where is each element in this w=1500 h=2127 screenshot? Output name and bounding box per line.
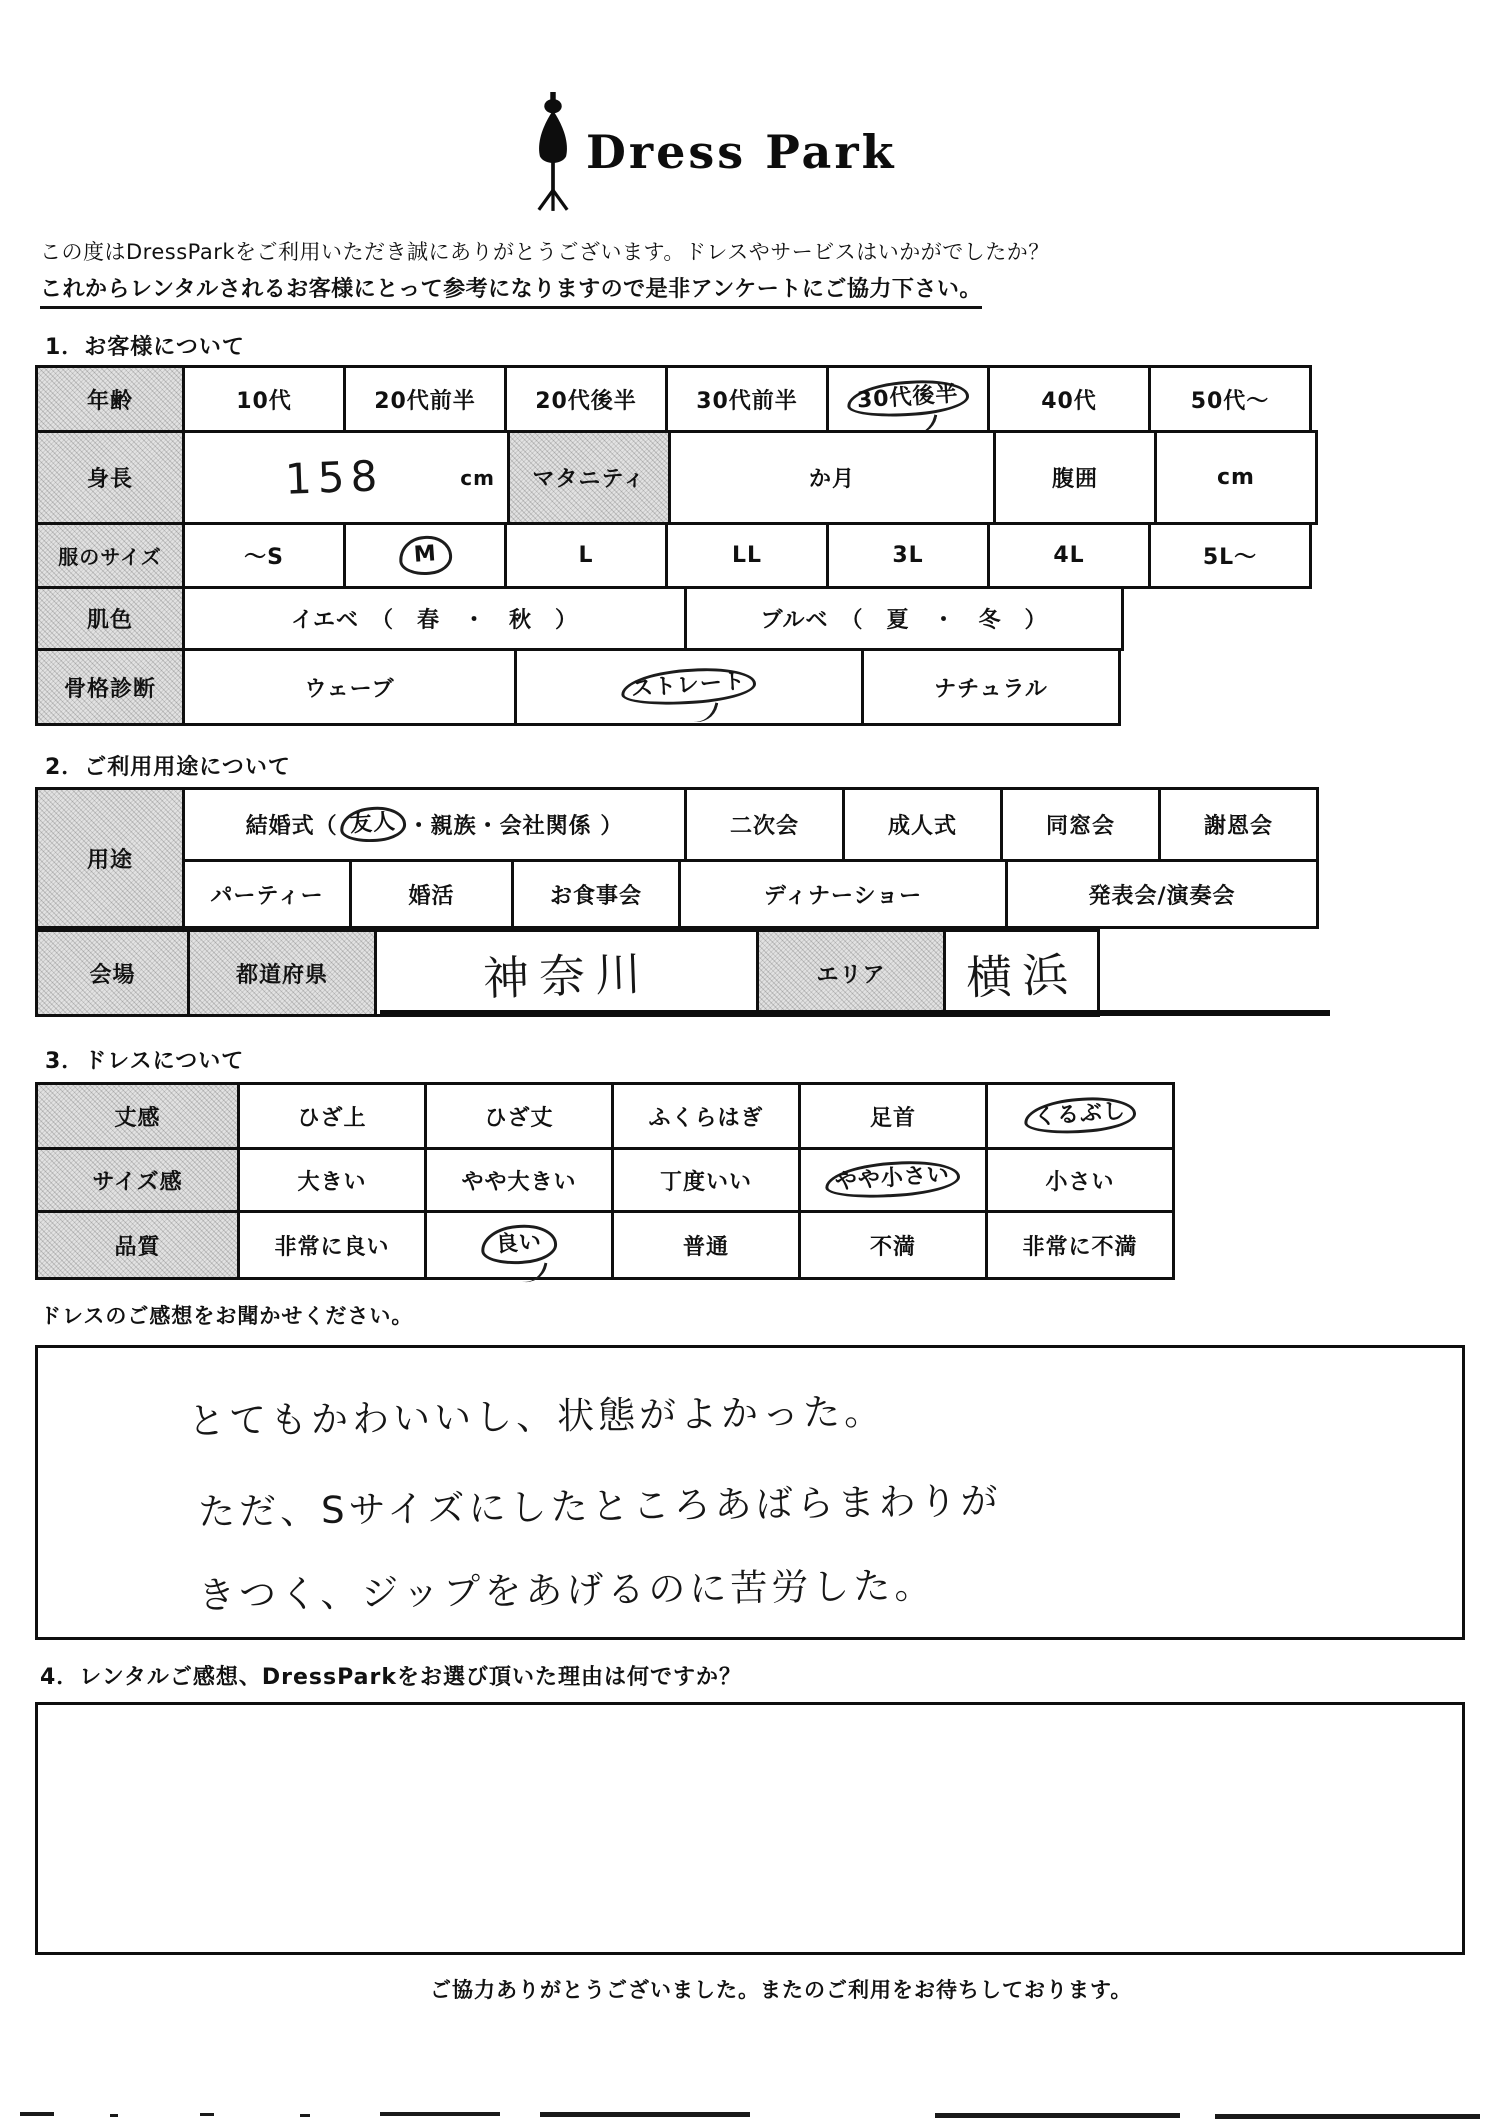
age-option-late30s-selected: 30代後半 (826, 365, 990, 433)
scan-artifact-dash (200, 2113, 214, 2116)
waist-label-cell: 腹囲 (993, 430, 1157, 525)
skin-option-blue-base: ブルベ （ 夏 ・ 冬 ） (684, 586, 1124, 651)
waist-unit-cell: cm (1154, 430, 1318, 525)
purpose-option-recital: 発表会/演奏会 (1005, 859, 1319, 929)
closing-thanks-text: ご協力ありがとうございました。またのご利用をお待ちしております。 (430, 1974, 1132, 2004)
size-option-ll: LL (665, 522, 829, 589)
frame-option-natural: ナチュラル (861, 648, 1121, 726)
hand-circle-mark: ストレート (620, 665, 757, 710)
purpose-block: 用途 結婚式（ 友人 ・親族・会社関係 ） 二次会 成人式 同窓会 謝恩会 パー… (35, 787, 1319, 929)
fit-option-slightly-small-selected: やや小さい (798, 1147, 988, 1213)
fit-option-just-right: 丁度いい (611, 1147, 801, 1213)
maternity-label-cell: マタニティ (507, 430, 671, 525)
height-row: 身長 158 cm マタニティ か月 腹囲 cm (35, 430, 1318, 525)
age-option-10s: 10代 (182, 365, 346, 433)
dress-form-icon (530, 92, 576, 212)
wedding-suffix: ・親族・会社関係 ） (408, 809, 624, 840)
area-value-cell: 横浜 (943, 929, 1100, 1017)
purpose-option-dinner-show: ディナーショー (678, 859, 1008, 929)
venue-label-cell: 会場 (35, 929, 190, 1017)
fit-option-big: 大きい (237, 1147, 427, 1213)
size-option-3l: 3L (826, 522, 990, 589)
length-label-cell: 丈感 (35, 1082, 240, 1150)
reason-box-empty (35, 1702, 1465, 1955)
brand-logo: Dress Park (530, 92, 896, 212)
age-option-late20s: 20代後半 (504, 365, 668, 433)
prefecture-value-cell: 神奈川 (374, 929, 759, 1017)
age-option-40s: 40代 (987, 365, 1151, 433)
scan-artifact-dash (380, 2112, 500, 2116)
scan-artifact-bar (380, 1010, 1330, 1016)
scan-artifact-dash (20, 2112, 54, 2116)
quality-option-good-selected: 良い (424, 1210, 614, 1280)
frame-option-wave: ウェーブ (182, 648, 517, 726)
size-option-l: L (504, 522, 668, 589)
survey-document: Dress Park この度はDressParkをご利用いただき誠にありがとうご… (0, 0, 1500, 2127)
length-option-anklebone-selected: くるぶし (985, 1082, 1175, 1150)
length-option-ankle: 足首 (798, 1082, 988, 1150)
age-option-early20s: 20代前半 (343, 365, 507, 433)
section2-heading: 2．ご利用用途について (45, 750, 291, 781)
hand-circle-mark: 友人 (339, 805, 407, 845)
maternity-months-cell: か月 (668, 430, 996, 525)
purpose-option-reunion: 同窓会 (1000, 787, 1161, 862)
purpose-option-dinner-meeting: お食事会 (511, 859, 681, 929)
scan-artifact-dash (110, 2114, 118, 2117)
scan-artifact-dash (300, 2114, 310, 2117)
length-row: 丈感 ひざ上 ひざ丈 ふくらはぎ 足首 くるぶし (35, 1082, 1175, 1150)
intro-request-text: これからレンタルされるお客様にとって参考になりますので是非アンケートにご協力下さ… (40, 272, 982, 309)
area-handwritten-value: 横浜 (964, 938, 1078, 1008)
hand-circle-mark: 30代後半 (846, 377, 970, 421)
purpose-row-1: 結婚式（ 友人 ・親族・会社関係 ） 二次会 成人式 同窓会 謝恩会 (182, 787, 1319, 862)
section3-heading: 3．ドレスについて (45, 1044, 244, 1075)
wedding-prefix: 結婚式（ (246, 809, 338, 840)
customer-table: 年齢 10代 20代前半 20代後半 30代前半 30代後半 40代 50代～ … (35, 365, 1318, 726)
fit-row: サイズ感 大きい やや大きい 丁度いい やや小さい 小さい (35, 1147, 1175, 1213)
hand-circle-mark: くるぶし (1023, 1094, 1137, 1137)
fit-option-slightly-big: やや大きい (424, 1147, 614, 1213)
prefecture-label-cell: 都道府県 (187, 929, 377, 1017)
size-label-cell: 服のサイズ (35, 522, 185, 589)
quality-option-normal: 普通 (611, 1210, 801, 1280)
purpose-row-2: パーティー 婚活 お食事会 ディナーショー 発表会/演奏会 (182, 859, 1319, 929)
size-option-s: ～S (182, 522, 346, 589)
usage-table: 用途 結婚式（ 友人 ・親族・会社関係 ） 二次会 成人式 同窓会 謝恩会 パー… (35, 787, 1319, 1017)
age-label-cell: 年齢 (35, 365, 185, 433)
section1-heading: 1．お客様について (45, 330, 245, 361)
frame-option-straight-selected: ストレート (514, 648, 864, 726)
length-option-knee: ひざ丈 (424, 1082, 614, 1150)
size-option-m-selected: M (343, 522, 507, 589)
height-unit: cm (460, 466, 495, 490)
height-value-cell: 158 cm (182, 430, 510, 525)
height-handwritten-value: 158 (284, 451, 384, 503)
skin-row: 肌色 イエベ （ 春 ・ 秋 ） ブルベ （ 夏 ・ 冬 ） (35, 586, 1318, 651)
dress-table: 丈感 ひざ上 ひざ丈 ふくらはぎ 足首 くるぶし サイズ感 大きい やや大きい … (35, 1082, 1175, 1280)
feedback-box: とてもかわいいし、状態がよかった。 ただ、Sサイズにしたところあばらまわりが き… (35, 1345, 1465, 1640)
venue-row: 会場 都道府県 神奈川 エリア 横浜 (35, 929, 1319, 1017)
area-label-cell: エリア (756, 929, 946, 1017)
frame-label-cell: 骨格診断 (35, 648, 185, 726)
purpose-option-coming-of-age: 成人式 (842, 787, 1003, 862)
prefecture-handwritten-value: 神奈川 (481, 937, 651, 1009)
quality-option-very-unsatisfied: 非常に不満 (985, 1210, 1175, 1280)
purpose-label-cell: 用途 (35, 787, 185, 929)
quality-option-very-good: 非常に良い (237, 1210, 427, 1280)
scan-artifact-dash (1215, 2114, 1480, 2119)
size-option-4l: 4L (987, 522, 1151, 589)
size-row: 服のサイズ ～S M L LL 3L 4L 5L～ (35, 522, 1318, 589)
feedback-heading: ドレスのご感想をお聞かせください。 (40, 1300, 413, 1330)
skin-option-yellow-base: イエベ （ 春 ・ 秋 ） (182, 586, 687, 651)
purpose-option-konkatsu: 婚活 (349, 859, 514, 929)
quality-label-cell: 品質 (35, 1210, 240, 1280)
scan-artifact-dash (935, 2113, 1180, 2118)
quality-option-unsatisfied: 不満 (798, 1210, 988, 1280)
purpose-option-afterparty: 二次会 (684, 787, 845, 862)
age-row: 年齢 10代 20代前半 20代後半 30代前半 30代後半 40代 50代～ (35, 365, 1318, 433)
size-option-5l: 5L～ (1148, 522, 1312, 589)
brand-name: Dress Park (586, 125, 896, 179)
purpose-option-thanks-party: 謝恩会 (1158, 787, 1319, 862)
length-option-above-knee: ひざ上 (237, 1082, 427, 1150)
age-option-50s: 50代～ (1148, 365, 1312, 433)
feedback-handwritten-line3: きつく、ジップをあげるのに苦労した。 (198, 1555, 936, 1619)
intro-text: この度はDressParkをご利用いただき誠にありがとうございます。ドレスやサー… (40, 236, 1050, 266)
hand-circle-mark: 良い (480, 1223, 559, 1268)
fit-option-small: 小さい (985, 1147, 1175, 1213)
scan-artifact-dash (540, 2112, 750, 2117)
feedback-handwritten-line2: ただ、Sサイズにしたところあばらまわりが (198, 1470, 1002, 1535)
skin-label-cell: 肌色 (35, 586, 185, 651)
feedback-handwritten-line1: とてもかわいいし、状態がよかった。 (188, 1381, 886, 1445)
age-option-early30s: 30代前半 (665, 365, 829, 433)
quality-row: 品質 非常に良い 良い 普通 不満 非常に不満 (35, 1210, 1175, 1280)
hand-circle-mark: やや小さい (824, 1158, 961, 1203)
fit-label-cell: サイズ感 (35, 1147, 240, 1213)
frame-row: 骨格診断 ウェーブ ストレート ナチュラル (35, 648, 1318, 726)
height-label-cell: 身長 (35, 430, 185, 525)
hand-circle-mark: M (397, 534, 453, 577)
length-option-calf: ふくらはぎ (611, 1082, 801, 1150)
section4-heading: 4．レンタルご感想、DressParkをお選び頂いた理由は何ですか？ (40, 1660, 742, 1691)
purpose-option-party: パーティー (182, 859, 352, 929)
purpose-option-wedding-selected: 結婚式（ 友人 ・親族・会社関係 ） (182, 787, 687, 862)
